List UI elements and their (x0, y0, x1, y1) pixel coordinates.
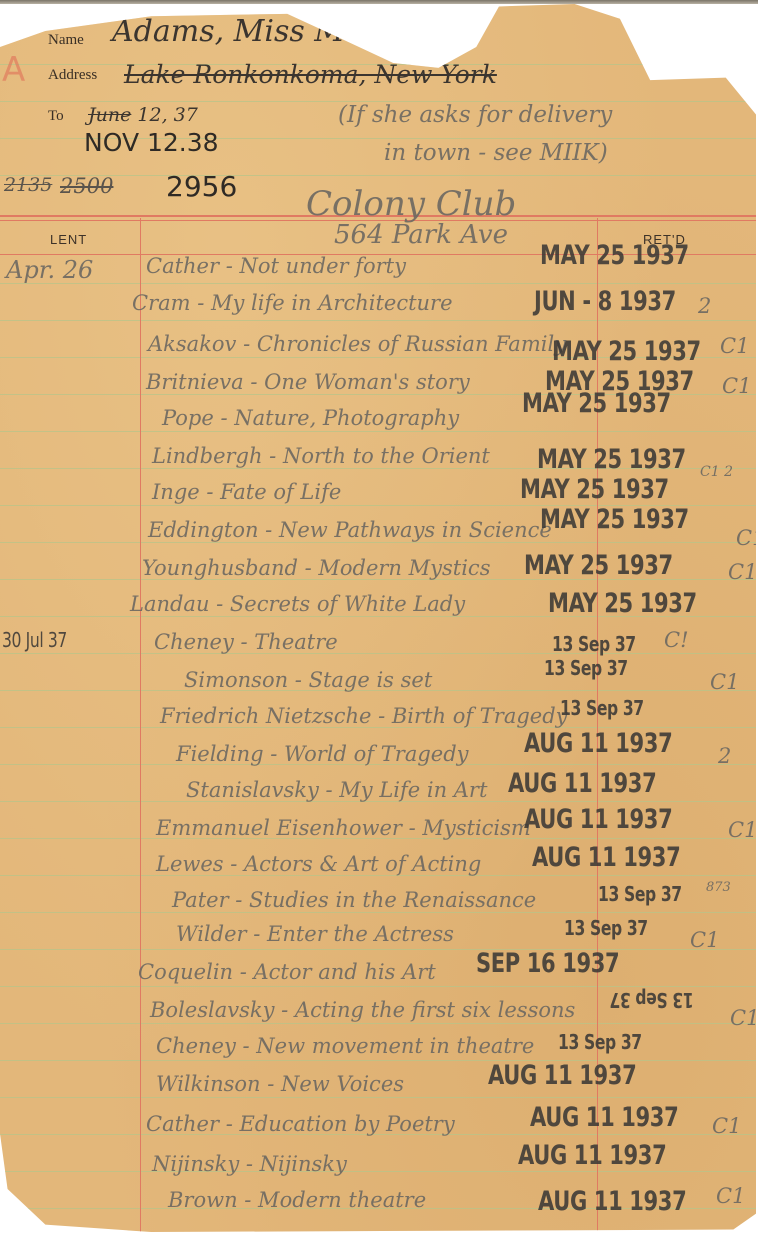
struck-number-2-text: 2500 (60, 174, 113, 198)
entry-title: Stanislavsky - My Life in Art (186, 778, 487, 802)
entry-note: 873 (706, 880, 731, 895)
rule-line (0, 542, 756, 543)
to-month-struck: June (88, 104, 131, 126)
entry-title: Cather - Education by Poetry (146, 1112, 455, 1136)
entry-note: C1 (722, 374, 751, 398)
rule-line (0, 986, 756, 987)
returned-stamp: AUG 11 1937 (508, 768, 656, 799)
delivery-note-line2: in town - see MIIK) (384, 140, 608, 166)
club-name: Colony Club (306, 184, 516, 224)
entry-title: Fielding - World of Tragedy (176, 742, 469, 766)
returned-stamp: AUG 11 1937 (538, 1186, 686, 1217)
library-card: A Name Address To LENT RET'D Adams, Miss… (0, 4, 756, 1232)
entry-note: C1 2 (700, 464, 733, 480)
returned-stamp: MAY 25 1937 (537, 444, 686, 475)
returned-stamp: MAY 25 1937 (548, 588, 697, 619)
to-label: To (48, 108, 64, 125)
rule-line (0, 283, 756, 284)
entry-title: Lindbergh - North to the Orient (152, 444, 490, 468)
entry-title: Cheney - New movement in theatre (156, 1034, 534, 1058)
returned-stamp: 13 Sep 37 (552, 632, 636, 656)
lent-column-divider (140, 218, 141, 1232)
entry-note: C1 (712, 1114, 741, 1138)
returned-stamp: MAY 25 1937 (520, 474, 669, 505)
entry-title: Landau - Secrets of White Lady (130, 592, 465, 616)
entry-title: Cather - Not under forty (146, 254, 406, 278)
struck-number-2: 2500 (60, 174, 113, 198)
rule-line (0, 1023, 756, 1024)
rule-line (0, 431, 756, 432)
entry-title: Cram - My life in Architecture (132, 291, 453, 315)
to-day-year-old: 12, 37 (137, 104, 197, 126)
entry-title: Eddington - New Pathways in Science (148, 518, 552, 542)
returned-stamp: AUG 11 1937 (488, 1060, 636, 1091)
rule-line (0, 949, 756, 950)
address-town: Lake Ronkonkoma, New York (124, 60, 497, 89)
scanner-edge (0, 0, 758, 4)
entry-note: C1 (728, 818, 757, 842)
returned-stamp: JUN - 8 1937 (534, 286, 676, 317)
returned-stamp: 13 Sep 37 (544, 656, 628, 680)
address-label: Address (48, 67, 97, 84)
to-date-new: NOV 12.38 (84, 128, 219, 157)
name-label: Name (48, 32, 84, 49)
entry-note: C1 (720, 334, 749, 358)
entry-note: C1 (728, 560, 757, 584)
entry-note: 2 (718, 744, 731, 768)
entry-title: Emmanuel Eisenhower - Mysticism (156, 816, 531, 840)
entry-note: 2 (698, 294, 711, 318)
rule-line (0, 1171, 756, 1172)
entry-title: Pater - Studies in the Renaissance (172, 888, 536, 912)
returned-stamp: MAY 25 1937 (552, 336, 701, 367)
borrower-address: Lake Ronkonkoma, New York (124, 60, 497, 89)
returned-stamp: AUG 11 1937 (532, 842, 680, 873)
entry-title: Simonson - Stage is set (184, 668, 432, 692)
rule-line (0, 1060, 756, 1061)
returned-stamp: 13 Sep 37 (558, 1030, 642, 1054)
entry-title: Younghusband - Modern Mystics (142, 556, 490, 580)
entry-title: Coquelin - Actor and his Art (138, 960, 436, 984)
returned-stamp: 13 Sep 37 (598, 882, 682, 906)
returned-stamp: 13 Sep 37 (560, 696, 644, 720)
entry-title: Wilkinson - New Voices (156, 1072, 404, 1096)
returned-stamp: MAY 25 1937 (522, 388, 671, 419)
to-date-old: June 12, 37 (88, 104, 198, 126)
returned-stamp: SEP 16 1937 (476, 948, 619, 979)
lent-column-header: LENT (50, 232, 87, 247)
entry-note: C! (664, 628, 689, 652)
rule-line (0, 653, 756, 654)
borrower-name: Adams, Miss Maude (112, 14, 419, 49)
struck-number-1-text: 2135 (4, 174, 52, 196)
returned-stamp: AUG 11 1937 (524, 804, 672, 835)
entry-note: C1 (730, 1006, 758, 1030)
returned-stamp: MAY 25 1937 (540, 504, 689, 535)
entry-note: C1 (710, 670, 739, 694)
lent-date: Apr. 26 (6, 256, 93, 284)
entry-note: C1 (716, 1184, 745, 1208)
entry-title: Boleslavsky - Acting the first six lesso… (150, 998, 575, 1022)
entry-title: Friedrich Nietzsche - Birth of Tragedy (160, 704, 568, 728)
card-number: 2956 (166, 170, 237, 203)
entry-title: Inge - Fate of Life (152, 480, 341, 504)
entry-title: Cheney - Theatre (154, 630, 338, 654)
returned-stamp: AUG 11 1937 (518, 1140, 666, 1171)
struck-number-1: 2135 (4, 174, 52, 196)
entry-note: C1 (736, 526, 758, 550)
rule-line (0, 320, 756, 321)
returned-stamp: 13 Sep 37 (564, 916, 648, 940)
returned-stamp: AUG 11 1937 (530, 1102, 678, 1133)
entry-note: C1 (690, 928, 719, 952)
rule-line (0, 1097, 756, 1098)
returned-stamp: MAY 25 1937 (540, 240, 689, 271)
delivery-note-line1: (If she asks for delivery (338, 102, 612, 128)
returned-stamp: MAY 25 1937 (524, 550, 673, 581)
entry-title: Lewes - Actors & Art of Acting (156, 852, 481, 876)
club-address: 564 Park Ave (334, 220, 508, 250)
returned-stamp: AUG 11 1937 (524, 728, 672, 759)
returned-stamp-upside-down: 13 Sep 37 (610, 988, 694, 1012)
entry-title: Pope - Nature, Photography (162, 406, 459, 430)
entry-title: Brown - Modern theatre (168, 1188, 426, 1212)
rule-line (0, 912, 756, 913)
lent-date-stamp: 30 Jul 37 (2, 628, 67, 652)
entry-title: Britnieva - One Woman's story (146, 370, 470, 394)
entry-title: Aksakov - Chronicles of Russian Family (148, 332, 566, 356)
red-pencil-mark: A (2, 50, 28, 96)
entry-title: Nijinsky - Nijinsky (152, 1152, 347, 1176)
entry-title: Wilder - Enter the Actress (176, 922, 454, 946)
